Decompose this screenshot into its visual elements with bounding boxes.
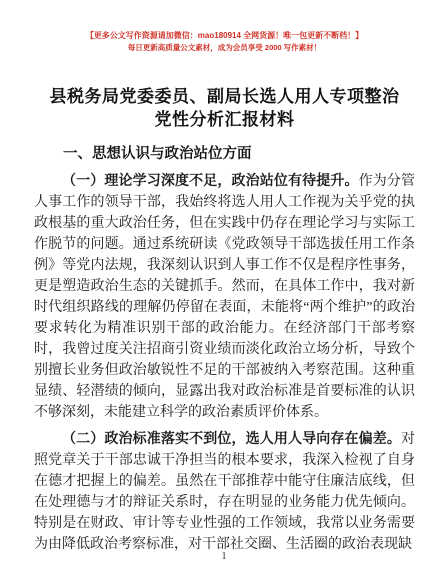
ad-banner: 【更多公文写作资源请加微信：mao180914 全网货源！唯一包更新不断档！】 … [34, 30, 415, 54]
ad-banner-line2: 每日更新高质量公文素材，成为会员享受 2000 写作素材！ [34, 42, 415, 54]
paragraph-1: （一）理论学习深度不足，政治站位有待提升。作为分管人事工作的领导干部，我始终将选… [34, 171, 415, 423]
paragraph-2-body: 对照党章关于干部忠诚干净担当的根本要求，我深入检视了自身在德才把握上的偏差。虽然… [34, 432, 415, 552]
paragraph-2: （二）政治标准落实不到位，选人用人导向存在偏差。对照党章关于干部忠诚干净担当的根… [34, 429, 415, 555]
paragraph-1-lead: （一）理论学习深度不足，政治站位有待提升。 [62, 174, 359, 189]
document-title: 县税务局党委委员、副局长选人用人专项整治 党性分析汇报材料 [34, 85, 415, 131]
document-title-line2: 党性分析汇报材料 [34, 108, 415, 131]
ad-banner-line1: 【更多公文写作资源请加微信：mao180914 全网货源！唯一包更新不断档！】 [34, 30, 415, 42]
document-title-line1: 县税务局党委委员、副局长选人用人专项整治 [34, 85, 415, 108]
document-page: 【更多公文写作资源请加微信：mao180914 全网货源！唯一包更新不断档！】 … [0, 0, 448, 580]
paragraph-2-lead: （二）政治标准落实不到位，选人用人导向存在偏差。 [62, 432, 401, 447]
page-number: 1 [0, 551, 448, 562]
section-heading: 一、思想认识与政治站位方面 [34, 144, 415, 165]
paragraph-1-body: 作为分管人事工作的领导干部，我始终将选人用人工作视为关乎党的执政根基的重大政治任… [34, 174, 415, 420]
